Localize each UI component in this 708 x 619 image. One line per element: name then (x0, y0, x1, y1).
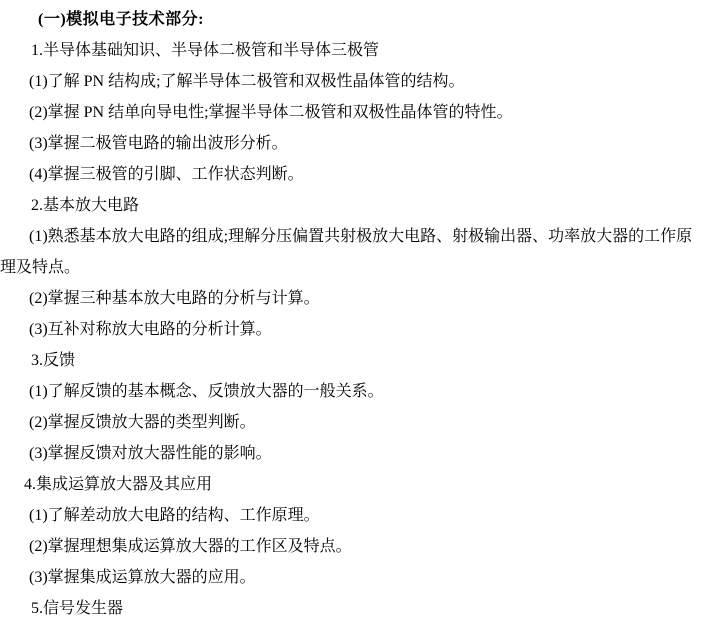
section-2-item-3: (3)互补对称放大电路的分析计算。 (0, 314, 708, 345)
section-1-item-2: (2)掌握 PN 结单向导电性;掌握半导体二极管和双极性晶体管的特性。 (0, 97, 708, 128)
section-1-item-1: (1)了解 PN 结构成;了解半导体二极管和双极性晶体管的结构。 (0, 66, 708, 97)
section-4-item-1: (1)了解差动放大电路的结构、工作原理。 (0, 500, 708, 531)
section-4-title: 4.集成运算放大器及其应用 (0, 469, 708, 500)
section-2-title: 2.基本放大电路 (0, 190, 708, 221)
section-2-item-2: (2)掌握三种基本放大电路的分析与计算。 (0, 283, 708, 314)
section-3-title: 3.反馈 (0, 345, 708, 376)
section-5-title: 5.信号发生器 (0, 593, 708, 619)
part-heading: (一)模拟电子技术部分: (0, 4, 708, 35)
document-page: (一)模拟电子技术部分: 1.半导体基础知识、半导体二极管和半导体三极管 (1)… (0, 0, 708, 619)
section-3-item-1: (1)了解反馈的基本概念、反馈放大器的一般关系。 (0, 376, 708, 407)
section-1-item-4: (4)掌握三极管的引脚、工作状态判断。 (0, 159, 708, 190)
section-1-title: 1.半导体基础知识、半导体二极管和半导体三极管 (0, 35, 708, 66)
section-3-item-3: (3)掌握反馈对放大器性能的影响。 (0, 438, 708, 469)
section-2-item-1: (1)熟悉基本放大电路的组成;理解分压偏置共射极放大电路、射极输出器、功率放大器… (0, 221, 708, 283)
section-4-item-3: (3)掌握集成运算放大器的应用。 (0, 562, 708, 593)
section-3-item-2: (2)掌握反馈放大器的类型判断。 (0, 407, 708, 438)
section-1-item-3: (3)掌握二极管电路的输出波形分析。 (0, 128, 708, 159)
section-4-item-2: (2)掌握理想集成运算放大器的工作区及特点。 (0, 531, 708, 562)
